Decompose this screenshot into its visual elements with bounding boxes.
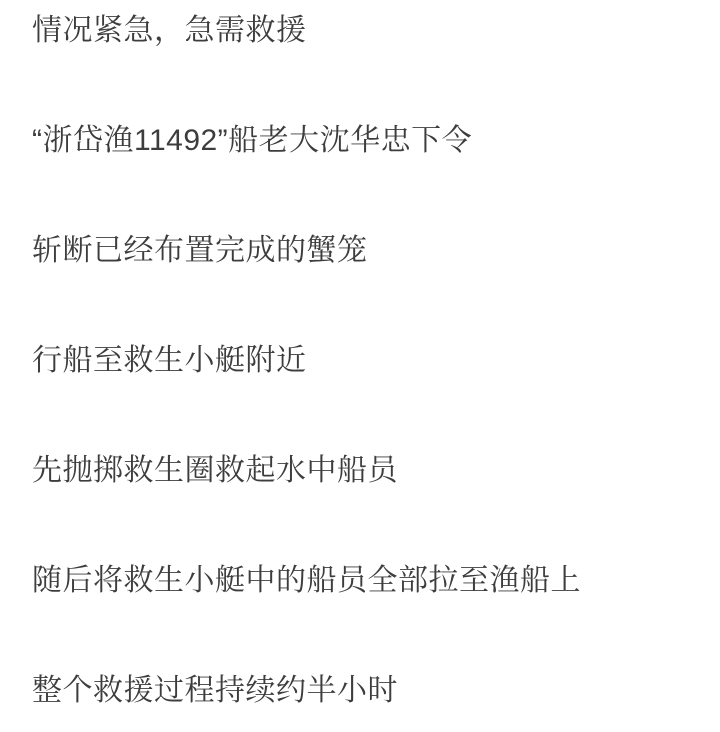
text-line: 斩断已经布置完成的蟹笼 <box>32 232 368 270</box>
text-line: 随后将救生小艇中的船员全部拉至渔船上 <box>32 562 581 600</box>
text-line: 先抛掷救生圈救起水中船员 <box>32 452 398 490</box>
text-line: 行船至救生小艇附近 <box>32 342 307 380</box>
text-line: 情况紧急，急需救援 <box>32 12 307 50</box>
text-line: 整个救援过程持续约半小时 <box>32 672 398 710</box>
text-line: “浙岱渔11492”船老大沈华忠下令 <box>32 122 472 160</box>
